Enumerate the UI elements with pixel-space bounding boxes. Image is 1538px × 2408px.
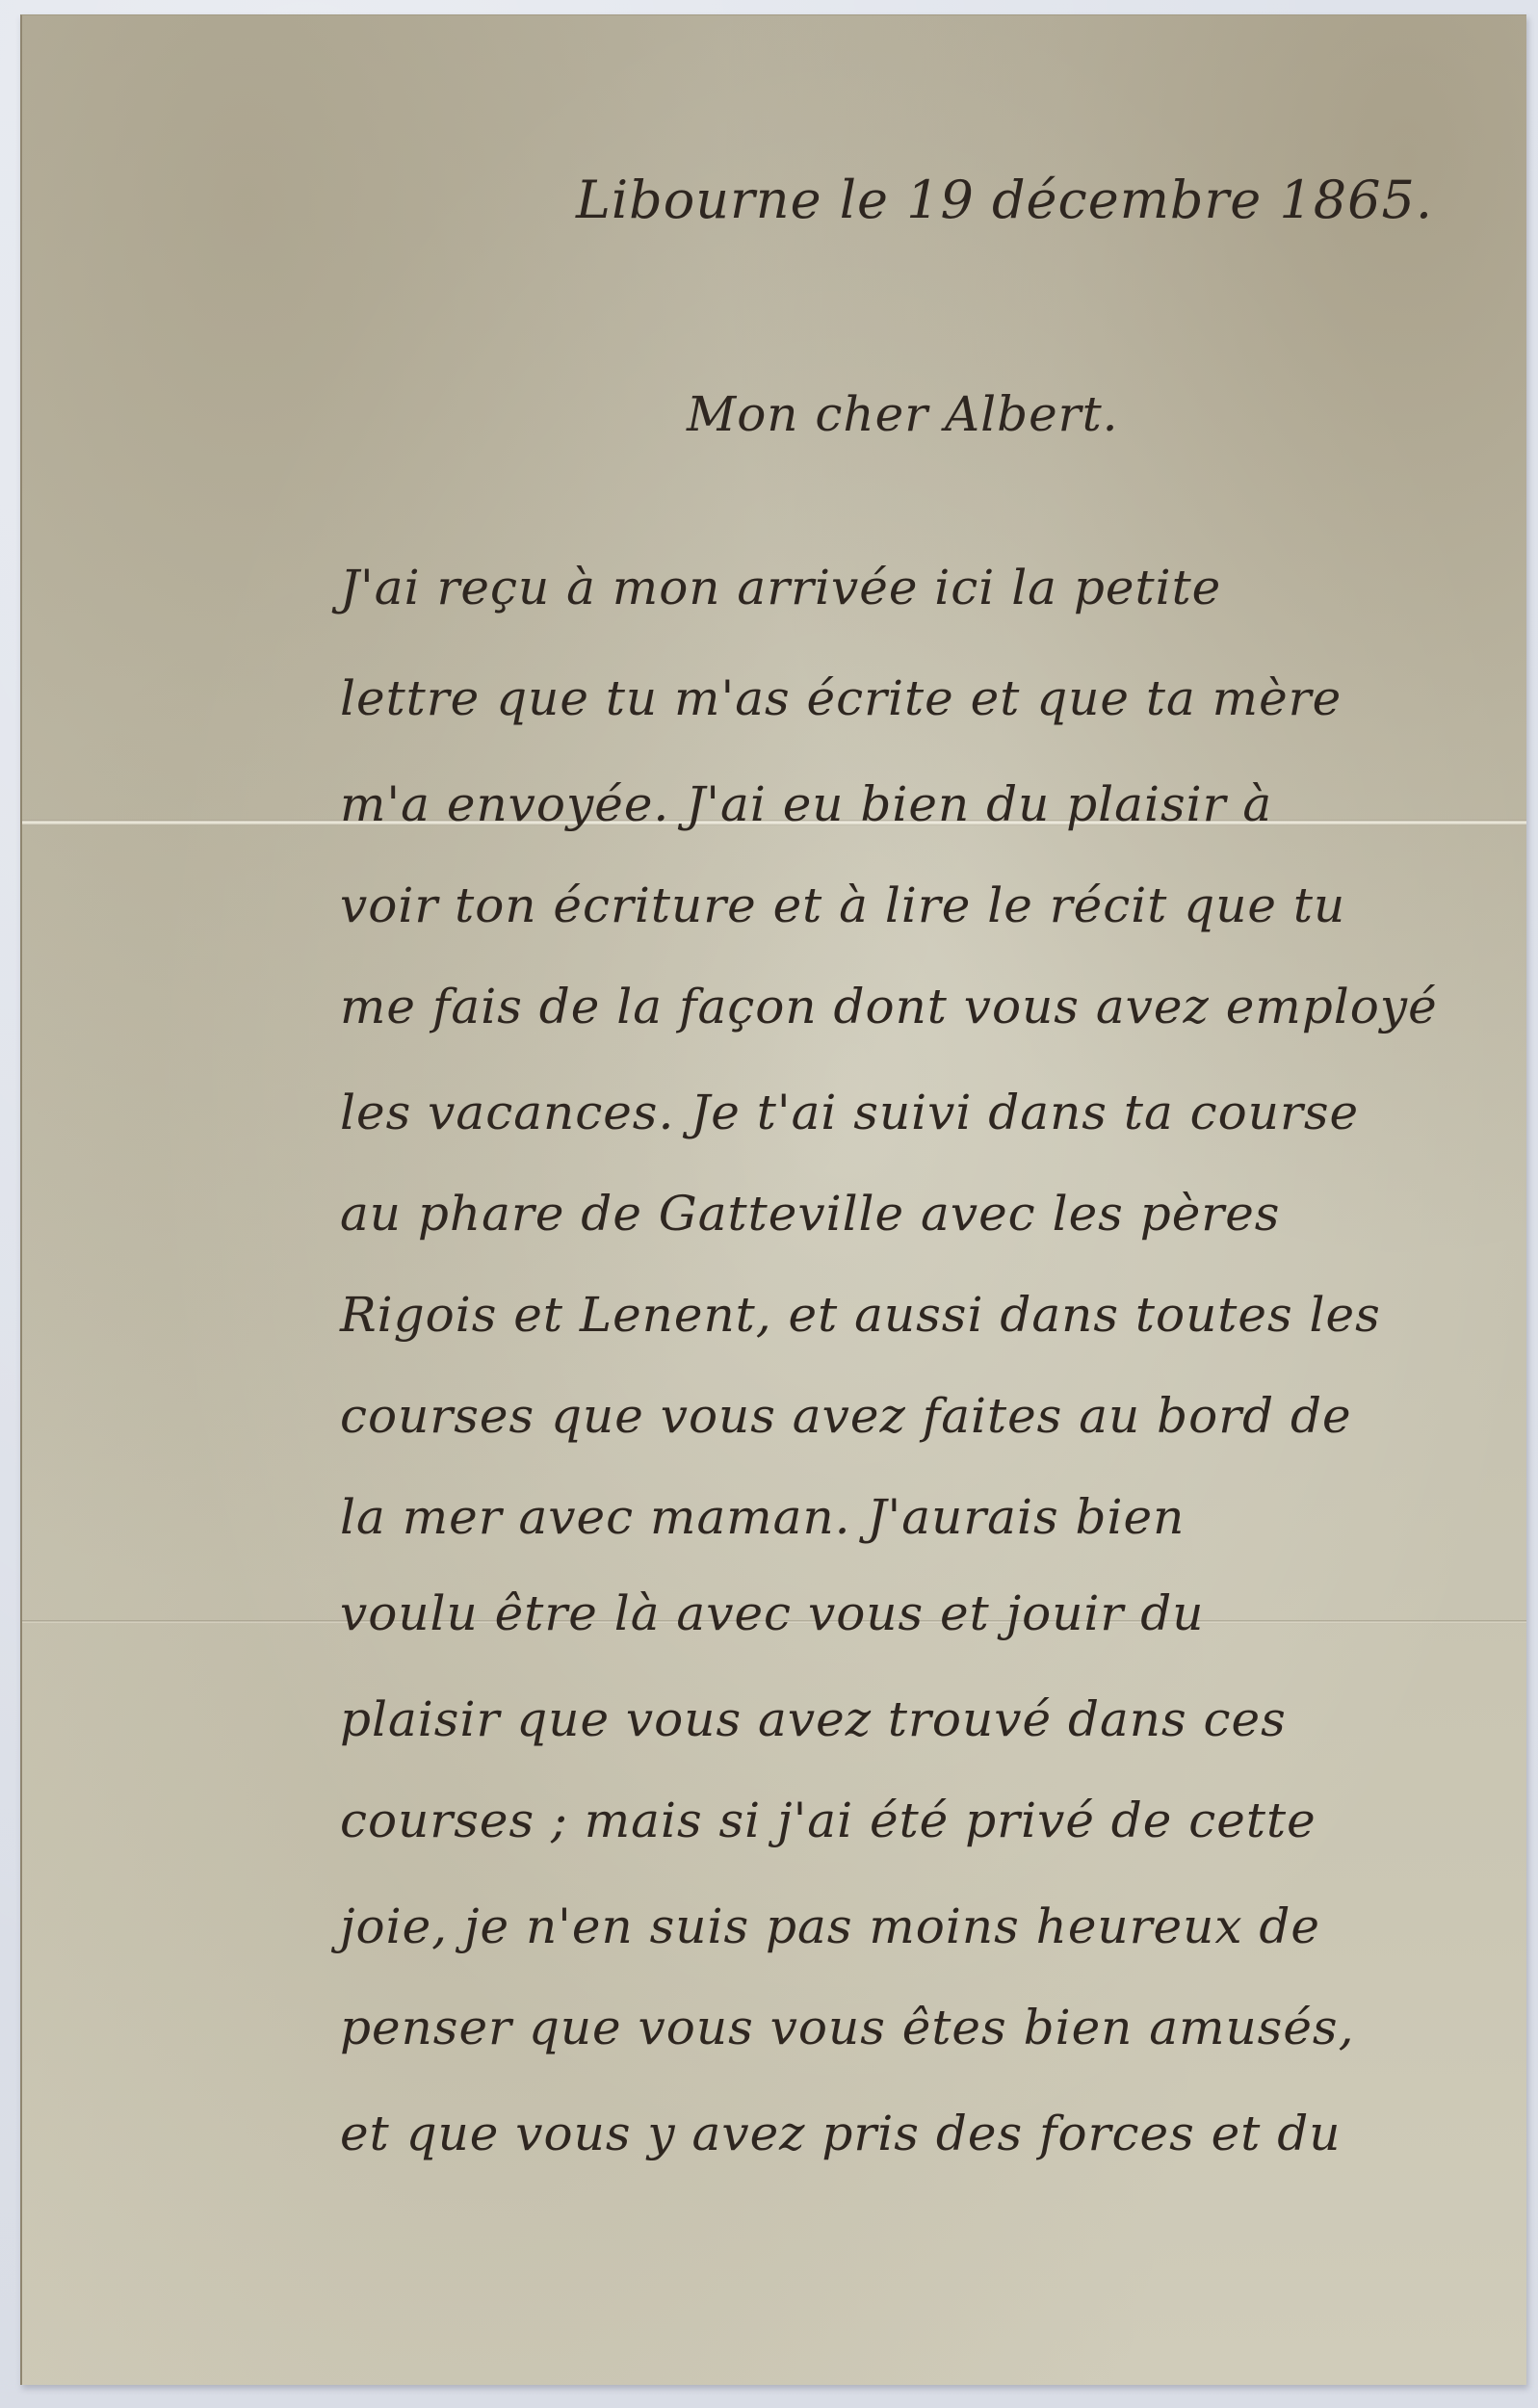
letter-sheet: Libourne le 19 décembre 1865. Mon cher A… [20, 14, 1526, 2385]
letter-line: et que vous y avez pris des forces et du [340, 2106, 1341, 2161]
letter-line: les vacances. Je t'ai suivi dans ta cour… [340, 1085, 1359, 1140]
letter-line: courses que vous avez faites au bord de [340, 1388, 1352, 1444]
letter-dateline: Libourne le 19 décembre 1865. [576, 170, 1433, 230]
letter-line: Rigois et Lenent, et aussi dans toutes l… [340, 1287, 1381, 1343]
letter-line: me fais de la façon dont vous avez emplo… [340, 979, 1438, 1034]
letter-line: joie, je n'en suis pas moins heureux de [340, 1898, 1320, 1954]
letter-line: au phare de Gatteville avec les pères [340, 1186, 1280, 1242]
letter-line: lettre que tu m'as écrite et que ta mère [340, 670, 1342, 726]
letter-line: la mer avec maman. J'aurais bien [340, 1489, 1185, 1545]
letter-line: m'a envoyée. J'ai eu bien du plaisir à [340, 776, 1272, 832]
letter-line: voir ton écriture et à lire le récit que… [340, 877, 1345, 933]
letter-line: plaisir que vous avez trouvé dans ces [340, 1691, 1287, 1747]
letter-line: J'ai reçu à mon arrivée ici la petite [340, 560, 1221, 615]
letter-line: voulu être là avec vous et jouir du [340, 1585, 1204, 1641]
letter-line: penser que vous vous êtes bien amusés, [340, 2000, 1354, 2055]
letter-line: courses ; mais si j'ai été privé de cett… [340, 1793, 1316, 1848]
letter-salutation: Mon cher Albert. [687, 386, 1119, 442]
